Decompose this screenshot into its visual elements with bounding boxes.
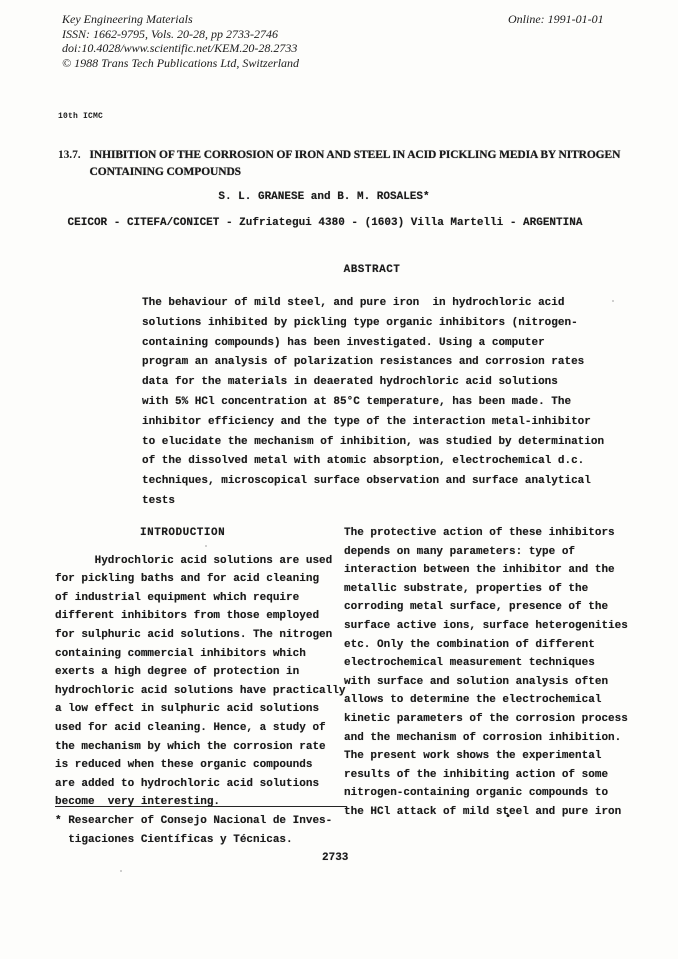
- left-column: INTRODUCTION Hydrochloric acid solutions…: [55, 524, 347, 812]
- abstract-line: program an analysis of polarization resi…: [142, 353, 604, 373]
- text-line: electrochemical measurement techniques: [344, 654, 644, 673]
- introduction-left-text: Hydrochloric acid solutions are usedfor …: [55, 552, 347, 812]
- scan-speckle: [120, 870, 122, 872]
- text-line: depends on many parameters: type of: [344, 543, 644, 562]
- introduction-right-text: The protective action of these inhibitor…: [344, 524, 644, 822]
- abstract-line: of the dissolved metal with atomic absor…: [142, 452, 604, 472]
- abstract-line: techniques, microscopical surface observ…: [142, 472, 604, 492]
- conference-label: 10th ICMC: [58, 112, 103, 121]
- text-line: the HCl attack of mild steel and pure ir…: [344, 803, 644, 822]
- text-line: interaction between the inhibitor and th…: [344, 561, 644, 580]
- text-line: become very interesting.: [55, 793, 347, 812]
- text-line: Hydrochloric acid solutions are used: [55, 552, 347, 571]
- journal-header-line: © 1988 Trans Tech Publications Ltd, Swit…: [62, 56, 299, 71]
- text-line: results of the inhibiting action of some: [344, 766, 644, 785]
- text-line: are added to hydrochloric acid solutions: [55, 775, 347, 794]
- text-line: hydrochloric acid solutions have practic…: [55, 682, 347, 701]
- footnote: * Researcher of Consejo Nacional de Inve…: [55, 812, 332, 850]
- journal-header: Key Engineering MaterialsISSN: 1662-9795…: [62, 12, 299, 70]
- text-line: nitrogen-containing organic compounds to: [344, 784, 644, 803]
- abstract-line: containing compounds) has been investiga…: [142, 334, 604, 354]
- paper-title-line: CONTAINING COMPOUNDS: [90, 164, 621, 181]
- scan-speckle: [612, 300, 614, 302]
- abstract-line: inhibitor efficiency and the type of the…: [142, 413, 604, 433]
- text-line: for pickling baths and for acid cleaning: [55, 570, 347, 589]
- text-line: exerts a high degree of protection in: [55, 663, 347, 682]
- text-line: corroding metal surface, presence of the: [344, 598, 644, 617]
- section-number: 13.7.: [58, 147, 81, 181]
- abstract-line: solutions inhibited by pickling type org…: [142, 314, 604, 334]
- journal-header-line: ISSN: 1662-9795, Vols. 20-28, pp 2733-27…: [62, 27, 299, 42]
- scan-dot-mark: •: [505, 812, 511, 823]
- text-line: with surface and solution analysis often: [344, 673, 644, 692]
- abstract-body: The behaviour of mild steel, and pure ir…: [142, 294, 604, 512]
- scan-speckle: [560, 640, 562, 642]
- paper-title-lines: INHIBITION OF THE CORROSION OF IRON AND …: [90, 147, 621, 181]
- text-line: etc. Only the combination of different: [344, 636, 644, 655]
- authors-line: S. L. GRANESE and B. M. ROSALES*: [0, 191, 648, 203]
- scan-speckle: [205, 545, 207, 547]
- text-line: and the mechanism of corrosion inhibitio…: [344, 729, 644, 748]
- text-line: of industrial equipment which require: [55, 589, 347, 608]
- journal-header-line: doi:10.4028/www.scientific.net/KEM.20-28…: [62, 41, 299, 56]
- introduction-heading: INTRODUCTION: [140, 524, 347, 543]
- text-line: used for acid cleaning. Hence, a study o…: [55, 719, 347, 738]
- abstract-line: to elucidate the mechanism of inhibition…: [142, 433, 604, 453]
- abstract-heading: ABSTRACT: [142, 264, 602, 276]
- scanned-paper-page: Key Engineering MaterialsISSN: 1662-9795…: [0, 0, 678, 959]
- page-number: 2733: [322, 852, 348, 864]
- text-line: a low effect in sulphuric acid solutions: [55, 700, 347, 719]
- abstract-line: with 5% HCl concentration at 85°C temper…: [142, 393, 604, 413]
- footnote-line: tigaciones Científicas y Técnicas.: [55, 831, 332, 850]
- text-line: for sulphuric acid solutions. The nitrog…: [55, 626, 347, 645]
- online-date: Online: 1991-01-01: [508, 12, 604, 27]
- paper-title: 13.7. INHIBITION OF THE CORROSION OF IRO…: [58, 147, 620, 181]
- text-line: metallic substrate, properties of the: [344, 580, 644, 599]
- text-line: containing commercial inhibitors which: [55, 645, 347, 664]
- abstract-line: data for the materials in deaerated hydr…: [142, 373, 604, 393]
- footnote-divider: [55, 806, 347, 807]
- text-line: is reduced when these organic compounds: [55, 756, 347, 775]
- affiliation-line: CEICOR - CITEFA/CONICET - Zufriategui 43…: [0, 217, 650, 229]
- journal-header-line: Key Engineering Materials: [62, 12, 299, 27]
- text-line: The protective action of these inhibitor…: [344, 524, 644, 543]
- text-line: allows to determine the electrochemical: [344, 691, 644, 710]
- text-line: different inhibitors from those employed: [55, 607, 347, 626]
- text-line: surface active ions, surface heterogenit…: [344, 617, 644, 636]
- text-line: The present work shows the experimental: [344, 747, 644, 766]
- right-column: The protective action of these inhibitor…: [344, 524, 644, 822]
- text-line: the mechanism by which the corrosion rat…: [55, 738, 347, 757]
- text-line: kinetic parameters of the corrosion proc…: [344, 710, 644, 729]
- abstract-line: tests: [142, 492, 604, 512]
- abstract-line: The behaviour of mild steel, and pure ir…: [142, 294, 604, 314]
- paper-title-line: INHIBITION OF THE CORROSION OF IRON AND …: [90, 147, 621, 164]
- footnote-line: * Researcher of Consejo Nacional de Inve…: [55, 812, 332, 831]
